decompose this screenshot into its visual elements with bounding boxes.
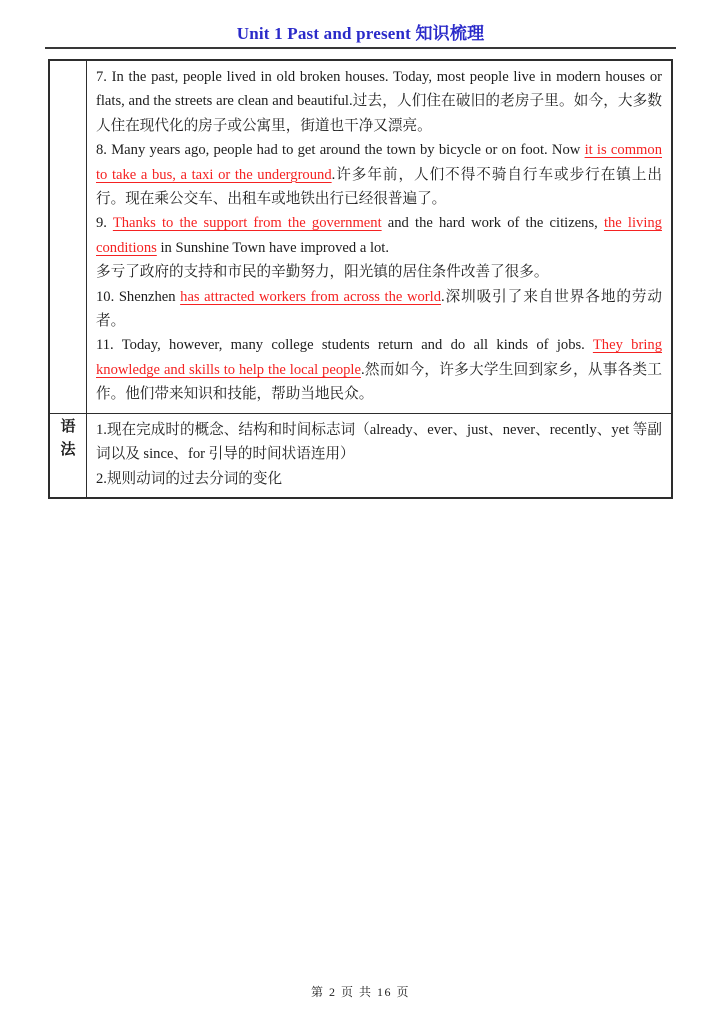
text-segment: 1.现在完成时的概念、结构和时间标志词（already、ever、just、ne… <box>96 422 662 462</box>
title-divider <box>45 47 676 49</box>
page-title: Unit 1 Past and present 知识梳理 <box>0 19 721 44</box>
paragraph: 9. Thanks to the support from the govern… <box>96 211 662 260</box>
text-segment: 11. Today, however, many college student… <box>96 337 593 353</box>
row-label-grammar: 语法 <box>49 413 87 498</box>
highlighted-phrase: has attracted workers from across the wo… <box>180 289 441 305</box>
content-table: 7. In the past, people lived in old brok… <box>48 59 673 499</box>
table-row-sentences: 7. In the past, people lived in old brok… <box>49 60 672 413</box>
text-segment: 2.规则动词的过去分词的变化 <box>96 471 282 487</box>
row-content-grammar: 1.现在完成时的概念、结构和时间标志词（already、ever、just、ne… <box>87 413 673 498</box>
paragraph: 多亏了政府的支持和市民的辛勤努力，阳光镇的居住条件改善了很多。 <box>96 260 662 284</box>
text-segment: 9. <box>96 215 113 231</box>
paragraph: 7. In the past, people lived in old brok… <box>96 65 662 138</box>
table-row-grammar: 语法 1.现在完成时的概念、结构和时间标志词（already、ever、just… <box>49 413 672 498</box>
paragraph: 11. Today, however, many college student… <box>96 333 662 406</box>
text-segment: 多亏了政府的支持和市民的辛勤努力，阳光镇的居住条件改善了很多。 <box>96 264 548 280</box>
text-segment: and the hard work of the citizens, <box>382 215 604 231</box>
text-segment: 8. Many years ago, people had to get aro… <box>96 142 585 158</box>
paragraph: 2.规则动词的过去分词的变化 <box>96 467 662 491</box>
paragraph: 8. Many years ago, people had to get aro… <box>96 138 662 211</box>
document-page: { "header": { "title": "Unit 1 Past and … <box>0 0 721 1024</box>
paragraph: 1.现在完成时的概念、结构和时间标志词（already、ever、just、ne… <box>96 418 662 467</box>
row-label-empty <box>49 60 87 413</box>
highlighted-phrase: Thanks to the support from the governmen… <box>113 215 382 231</box>
text-segment: in Sunshine Town have improved a lot. <box>157 240 389 256</box>
text-segment: 10. Shenzhen <box>96 289 180 305</box>
page-number-footer: 第 2 页 共 16 页 <box>0 983 721 1000</box>
paragraph: 10. Shenzhen has attracted workers from … <box>96 285 662 334</box>
row-content-sentences: 7. In the past, people lived in old brok… <box>87 60 673 413</box>
